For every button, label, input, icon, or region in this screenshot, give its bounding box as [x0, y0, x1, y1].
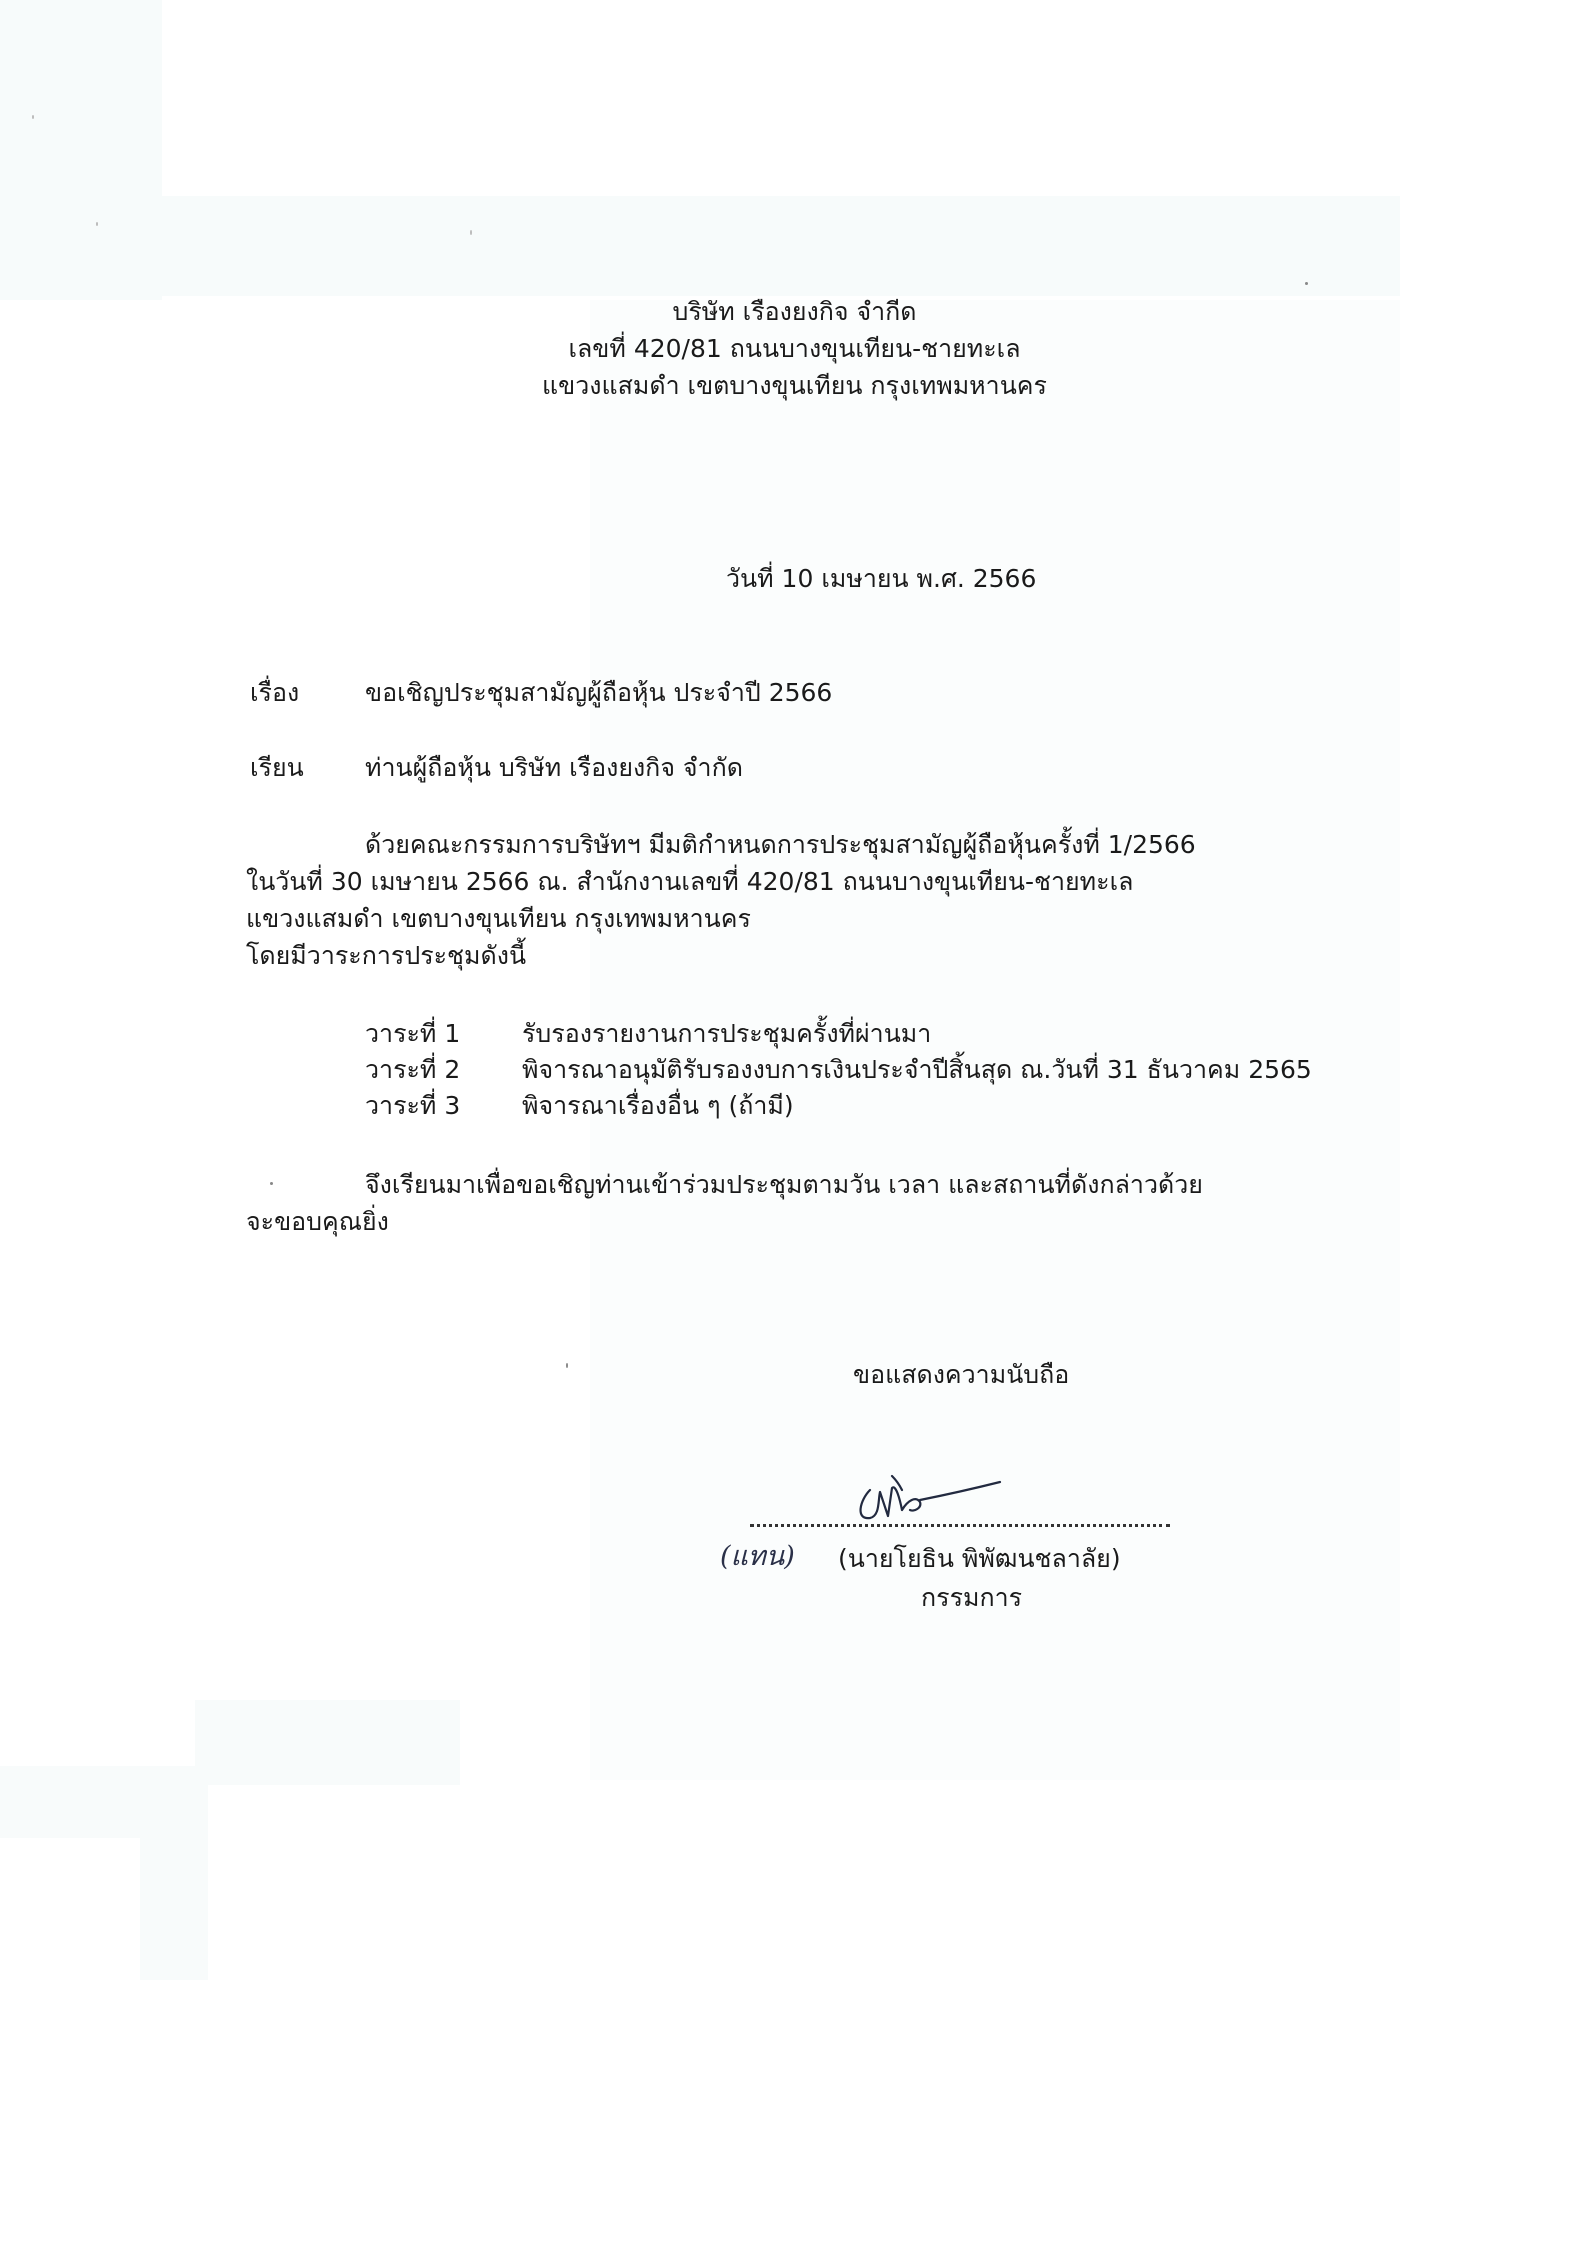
body-paragraph-line: โดยมีวาระการประชุมดังนี้	[246, 938, 526, 974]
agenda-text: พิจารณาอนุมัติรับรองงบการเงินประจำปีสิ้น…	[522, 1052, 1312, 1088]
signature-line	[750, 1520, 1170, 1527]
subject-value: ขอเชิญประชุมสามัญผู้ถือหุ้น ประจำปี 2566	[365, 675, 832, 711]
scan-speck	[1305, 282, 1308, 285]
agenda-text: รับรองรายงานการประชุมครั้งที่ผ่านมา	[522, 1016, 931, 1052]
letter-date: วันที่ 10 เมษายน พ.ศ. 2566	[726, 561, 1036, 597]
agenda-number: วาระที่ 3	[365, 1088, 460, 1124]
letter-page: บริษัท เรืองยงกิจ จำกีด เลขที่ 420/81 ถน…	[0, 0, 1589, 2245]
closing-line: จึงเรียนมาเพื่อขอเชิญท่านเข้าร่วมประชุมต…	[365, 1167, 1203, 1203]
recipient-label: เรียน	[250, 750, 304, 786]
company-address-line2: แขวงแสมดำ เขตบางขุนเทียน กรุงเทพมหานคร	[0, 368, 1589, 404]
signatory-title: กรรมการ	[921, 1580, 1022, 1616]
body-paragraph-line: ด้วยคณะกรรมการบริษัทฯ มีมติกำหนดการประชุ…	[365, 827, 1196, 863]
agenda-text: พิจารณาเรื่องอื่น ๆ (ถ้ามี)	[522, 1088, 794, 1124]
company-address-line1: เลขที่ 420/81 ถนนบางขุนเทียน-ชายทะเล	[0, 331, 1589, 367]
handwritten-note: (แทน)	[720, 1539, 795, 1575]
scan-speck	[270, 1182, 273, 1185]
recipient-value: ท่านผู้ถือหุ้น บริษัท เรืองยงกิจ จำกัด	[365, 750, 743, 786]
scan-speck	[470, 230, 472, 235]
agenda-number: วาระที่ 1	[365, 1016, 460, 1052]
agenda-number: วาระที่ 2	[365, 1052, 460, 1088]
regards-text: ขอแสดงความนับถือ	[853, 1357, 1069, 1393]
closing-line: จะขอบคุณยิ่ง	[246, 1204, 389, 1240]
scan-speck	[32, 115, 34, 119]
signatory-name: (นายโยธิน พิพัฒนชลาลัย)	[838, 1541, 1121, 1577]
body-paragraph-line: ในวันที่ 30 เมษายน 2566 ณ. สำนักงานเลขที…	[246, 864, 1133, 900]
scan-speck	[566, 1363, 568, 1368]
body-paragraph-line: แขวงแสมดำ เขตบางขุนเทียน กรุงเทพมหานคร	[246, 901, 751, 937]
company-name: บริษัท เรืองยงกิจ จำกีด	[0, 294, 1589, 330]
subject-label: เรื่อง	[250, 675, 299, 711]
scan-speck	[96, 222, 98, 226]
